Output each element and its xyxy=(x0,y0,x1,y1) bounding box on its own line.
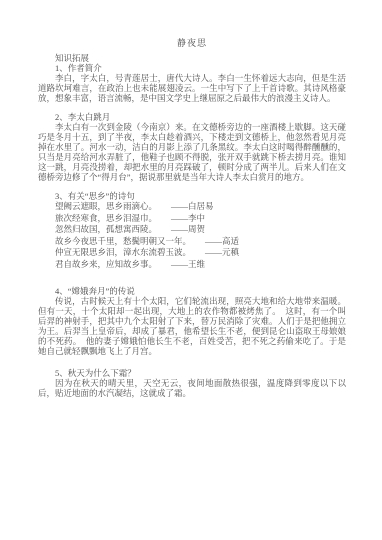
poem-author: ——李中 xyxy=(171,213,205,223)
document-page: 静夜思 知识拓展 1、作者简介 李白，字太白，号青莲居士，唐代大诗人。李白一生怀… xyxy=(0,0,382,540)
section-heading: 4、“嫦娥奔月”的传说 xyxy=(38,286,346,296)
section-heading: 5、秋天为什么下霜？ xyxy=(38,368,346,378)
section-author-intro: 1、作者简介 李白，字太白，号青莲居士，唐代大诗人。李白一生怀着远大志向，但是生… xyxy=(38,63,346,103)
poem-line: 忽然归故国，孤想寓西陵。——周贺 xyxy=(38,224,346,236)
paragraph: 李白，字太白，号青莲居士，唐代大诗人。李白一生怀着远大志向，但是生活道路坎坷难言… xyxy=(38,73,346,103)
section-heading: 2、李太白跳月 xyxy=(38,112,346,122)
poem-author: ——白居易 xyxy=(171,201,214,211)
poem-line: 望阙云遮眼，思乡雨滴心。——白居易 xyxy=(38,201,346,213)
poem-line: 君自故乡来，应知故乡事。——王维 xyxy=(38,259,346,271)
doc-title: 静夜思 xyxy=(38,38,346,49)
poem-verse: 故乡今夜思千里，愁鬓明朝又一年。 xyxy=(55,236,191,246)
poem-verse: 君自故乡来，应知故乡事。 xyxy=(55,259,157,269)
poem-verse: 仲宣无限思乡泪，漳水东流碧玉波。 xyxy=(55,247,191,257)
section-autumn-frost: 5、秋天为什么下霜？ 因为在秋天的晴天里，天空无云，夜间地面散热很强，温度降到零… xyxy=(38,368,346,398)
section-homesick-verses: 3、有关“思乡”的诗句 望阙云遮眼，思乡雨滴心。——白居易 旅次经寒食，思乡泪湿… xyxy=(38,191,346,270)
paragraph: 李太白有一次到金陵（今南京）来。在文德桥旁边的一座酒楼上歇脚。这天碰巧是冬月十五… xyxy=(38,122,346,182)
poem-author: ——王维 xyxy=(171,259,205,269)
section-heading: 1、作者简介 xyxy=(38,63,346,73)
poem-verse: 望阙云遮眼，思乡雨滴心。 xyxy=(55,201,157,211)
poem-line: 故乡今夜思千里，愁鬓明朝又一年。——高适 xyxy=(38,236,346,248)
poem-author: ——高适 xyxy=(205,236,239,246)
section-change-legend: 4、“嫦娥奔月”的传说 传说，古时候天上有十个太阳，它们轮流出现，照亮大地和给大… xyxy=(38,286,346,356)
poem-verse: 忽然归故国，孤想寓西陵。 xyxy=(55,224,157,234)
section-heading: 3、有关“思乡”的诗句 xyxy=(38,191,346,201)
section-litaibai-moon: 2、李太白跳月 李太白有一次到金陵（今南京）来。在文德桥旁边的一座酒楼上歇脚。这… xyxy=(38,112,346,182)
poem-line: 仲宣无限思乡泪，漳水东流碧玉波。——元稹 xyxy=(38,247,346,259)
poem-author: ——周贺 xyxy=(171,224,205,234)
poem-author: ——元稹 xyxy=(205,247,239,257)
poem-list: 望阙云遮眼，思乡雨滴心。——白居易 旅次经寒食，思乡泪湿巾。——李中 忽然归故国… xyxy=(38,201,346,270)
poem-verse: 旅次经寒食，思乡泪湿巾。 xyxy=(55,213,157,223)
doc-subtitle: 知识拓展 xyxy=(38,53,346,63)
paragraph: 传说，古时候天上有十个太阳，它们轮流出现，照亮大地和给大地带来温暖。但有一天，十… xyxy=(38,296,346,356)
document-content: 静夜思 知识拓展 1、作者简介 李白，字太白，号青莲居士，唐代大诗人。李白一生怀… xyxy=(38,38,346,398)
poem-line: 旅次经寒食，思乡泪湿巾。——李中 xyxy=(38,213,346,225)
paragraph: 因为在秋天的晴天里，天空无云，夜间地面散热很强，温度降到零度以下以后，贴近地面的… xyxy=(38,378,346,398)
